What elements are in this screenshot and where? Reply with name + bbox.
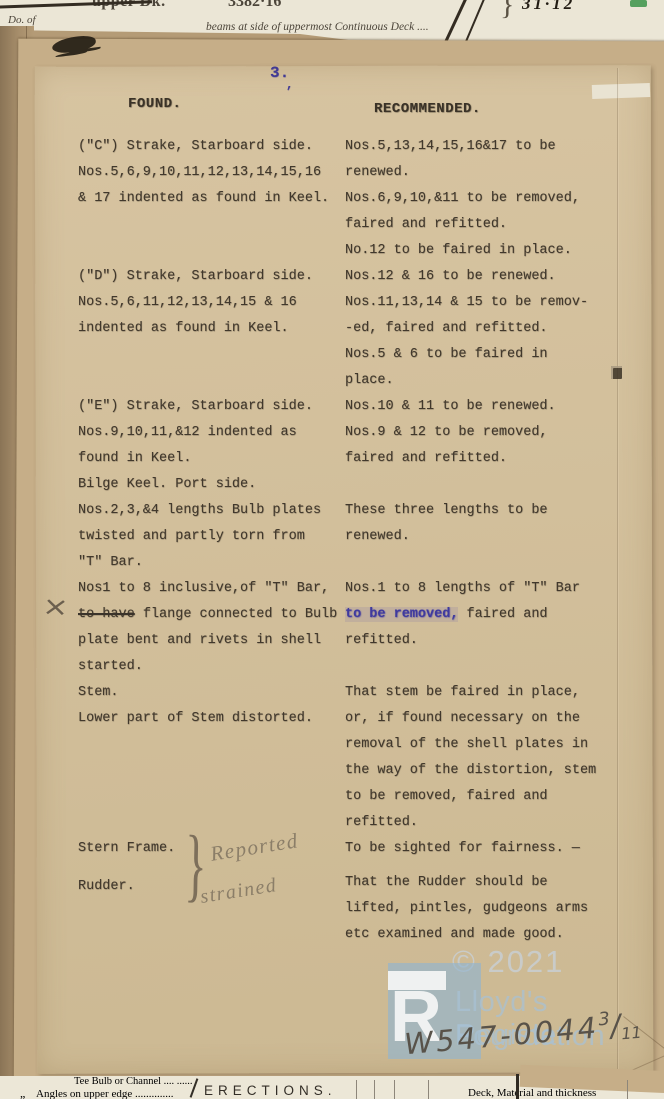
found-text-line: ("E") Strake, Starboard side. (78, 394, 345, 420)
table-rule-heavy (516, 1074, 519, 1099)
found-text-line: Nos.5,6,9,10,11,12,13,14,15,16 (78, 160, 345, 186)
form-top-value: 3382·16 (228, 0, 281, 11)
recommended-text-line: refitted. (345, 628, 624, 654)
recommended-text-line: Nos.9 & 12 to be removed, (345, 420, 624, 446)
recommended-text-line: to be removed, faired and (345, 602, 624, 628)
recommended-column: That stem be faired in place,or, if foun… (345, 680, 624, 836)
recommended-text-line: That stem be faired in place, (345, 680, 624, 706)
recommended-text-line: refitted. (345, 810, 624, 836)
found-text-line: indented as found in Keel. (78, 316, 345, 342)
recommended-column: Nos.1 to 8 lengths of "T" Bar to be remo… (345, 576, 624, 680)
recommended-column: Nos.10 & 11 to be renewed.Nos.9 & 12 to … (345, 394, 624, 472)
page-number: 3. , (270, 64, 289, 82)
reference-denominator: 11 (620, 1023, 642, 1044)
found-column: Nos.2,3,&4 lengths Bulb platestwisted an… (78, 498, 345, 576)
ditto-mark: „ (20, 1086, 25, 1099)
recommended-text-line: These three lengths to be (345, 498, 624, 524)
handwritten-measurement: 31·12 (522, 0, 575, 14)
section-heading-line: Bilge Keel. Port side. (78, 472, 345, 498)
recommended-text-line: renewed. (345, 160, 624, 186)
form-bottom-line: Angles on upper edge .............. (36, 1088, 173, 1099)
pencil-x-mark: × (41, 593, 69, 622)
strake-e-row: ("E") Strake, Starboard side.Nos.9,10,11… (78, 394, 624, 472)
form-top-beams-line: beams at side of uppermost Continuous De… (206, 21, 429, 33)
recommended-text-line: removal of the shell plates in (345, 732, 624, 758)
strake-c-row: ("C") Strake, Starboard side.Nos.5,6,9,1… (78, 134, 624, 264)
recommended-text-line: lifted, pintles, gudgeons arms (345, 896, 624, 922)
recommended-sublines: That the Rudder should belifted, pintles… (345, 870, 624, 948)
found-column: Stem.Lower part of Stem distorted. (78, 680, 345, 836)
found-text-line: to have flange connected to Bulb (78, 602, 345, 628)
recommended-column: To be sighted for fairness.— That the Ru… (345, 836, 624, 948)
form-bottom-line: Deck, Material and thickness (468, 1087, 596, 1099)
table-rule (356, 1080, 357, 1099)
form-top-ditto-line: Do. of (8, 14, 36, 26)
found-text-segment: flange connected to Bulb (135, 607, 338, 622)
stern-frame-rudder-row: Stern Frame. Rudder. } Reported strained… (78, 836, 624, 948)
column-header-found: FOUND. (128, 96, 181, 112)
form-top-brace: } (500, 0, 514, 22)
struck-out-text: to have (78, 607, 135, 622)
found-text-line: Lower part of Stem distorted. (78, 706, 345, 732)
table-rule (428, 1080, 429, 1099)
column-header-recommended: RECOMMENDED. (374, 101, 481, 117)
bulb-plates-row: Nos.2,3,&4 lengths Bulb platestwisted an… (78, 498, 624, 576)
recommended-text-line: Nos.5,13,14,15,16&17 to be (345, 134, 624, 160)
found-text-line: & 17 indented as found in Keel. (78, 186, 345, 212)
form-bottom-line: Tee Bulb or Channel .... ...... (74, 1076, 193, 1087)
recommended-text-line: the way of the distortion, stem (345, 758, 624, 784)
recommended-text-line: faired and refitted. (345, 212, 624, 238)
found-text-line: started. (78, 654, 345, 680)
table-rule (374, 1080, 375, 1099)
found-text-line: "T" Bar. (78, 550, 345, 576)
recommended-text-line: To be sighted for fairness.— (345, 836, 624, 862)
recommended-text-line: or, if found necessary on the (345, 706, 624, 732)
found-column: ("E") Strake, Starboard side.Nos.9,10,11… (78, 394, 345, 472)
recommended-column: Nos.12 & 16 to be renewed.Nos.11,13,14 &… (345, 264, 624, 394)
recommended-text-segment: faired and (458, 607, 547, 622)
recommended-text-line: Nos.5 & 6 to be faired in (345, 342, 624, 368)
recommended-column: These three lengths to berenewed. (345, 498, 624, 576)
recommended-text-line: to be removed, faired and (345, 784, 624, 810)
pencil-dash: — (572, 841, 580, 856)
bilge-keel-heading-row: Bilge Keel. Port side. (78, 472, 624, 498)
blue-ink-text: to be removed, (345, 607, 458, 622)
found-column: ("C") Strake, Starboard side.Nos.5,6,9,1… (78, 134, 345, 264)
found-text-line: Nos.9,10,11,&12 indented as (78, 420, 345, 446)
recommended-column: Nos.5,13,14,15,16&17 to berenewed.Nos.6,… (345, 134, 624, 264)
stray-type-mark: , (286, 78, 293, 92)
scanned-document-page: upper Dk. 3382·16 Do. of beams at side o… (0, 0, 664, 1099)
found-text-line: Nos.2,3,&4 lengths Bulb plates (78, 498, 345, 524)
found-text-line: ("D") Strake, Starboard side. (78, 264, 345, 290)
handwritten-erections: ERECTIONS. (204, 1083, 337, 1098)
recommended-text-line: Nos.12 & 16 to be renewed. (345, 264, 624, 290)
found-column: Bilge Keel. Port side. (78, 472, 345, 498)
recommended-text-line: Nos.6,9,10,&11 to be removed, (345, 186, 624, 212)
recommended-text-line: faired and refitted. (345, 446, 624, 472)
t-bar-row: × Nos1 to 8 inclusive,of "T" Bar, to hav… (78, 576, 624, 680)
found-text-line: plate bent and rivets in shell (78, 628, 345, 654)
strake-d-row: ("D") Strake, Starboard side.Nos.5,6,11,… (78, 264, 624, 394)
found-column: ("D") Strake, Starboard side.Nos.5,6,11,… (78, 264, 345, 394)
found-text-line: ("C") Strake, Starboard side. (78, 134, 345, 160)
table-rule (627, 1080, 628, 1099)
typed-body: ("C") Strake, Starboard side.Nos.5,6,9,1… (78, 134, 624, 948)
found-text-line: Nos1 to 8 inclusive,of "T" Bar, (78, 576, 345, 602)
recommended-text-line: Nos.10 & 11 to be renewed. (345, 394, 624, 420)
found-text-line: found in Keel. (78, 446, 345, 472)
recommended-text-line: Nos.11,13,14 & 15 to be remov- (345, 290, 624, 316)
found-column: Stern Frame. Rudder. } Reported strained (78, 836, 345, 948)
found-text-line: Stem. (78, 680, 345, 706)
green-label-fragment (630, 0, 647, 7)
found-text-line: twisted and partly torn from (78, 524, 345, 550)
recommended-text-line: renewed. (345, 524, 624, 550)
recommended-text-line: No.12 to be faired in place. (345, 238, 624, 264)
found-text-line: Nos.5,6,11,12,13,14,15 & 16 (78, 290, 345, 316)
paper-edge-highlight (592, 83, 650, 99)
recommended-text-line: Nos.1 to 8 lengths of "T" Bar (345, 576, 624, 602)
recommended-column (345, 472, 624, 498)
recommended-text-line: -ed, faired and refitted. (345, 316, 624, 342)
table-rule (394, 1080, 395, 1099)
recommended-text-line: That the Rudder should be (345, 870, 624, 896)
recommended-text-segment: To be sighted for fairness. (345, 841, 564, 856)
recommended-text-line: place. (345, 368, 624, 394)
stem-row: Stem.Lower part of Stem distorted. That … (78, 680, 624, 836)
found-column: Nos1 to 8 inclusive,of "T" Bar, to have … (78, 576, 345, 680)
